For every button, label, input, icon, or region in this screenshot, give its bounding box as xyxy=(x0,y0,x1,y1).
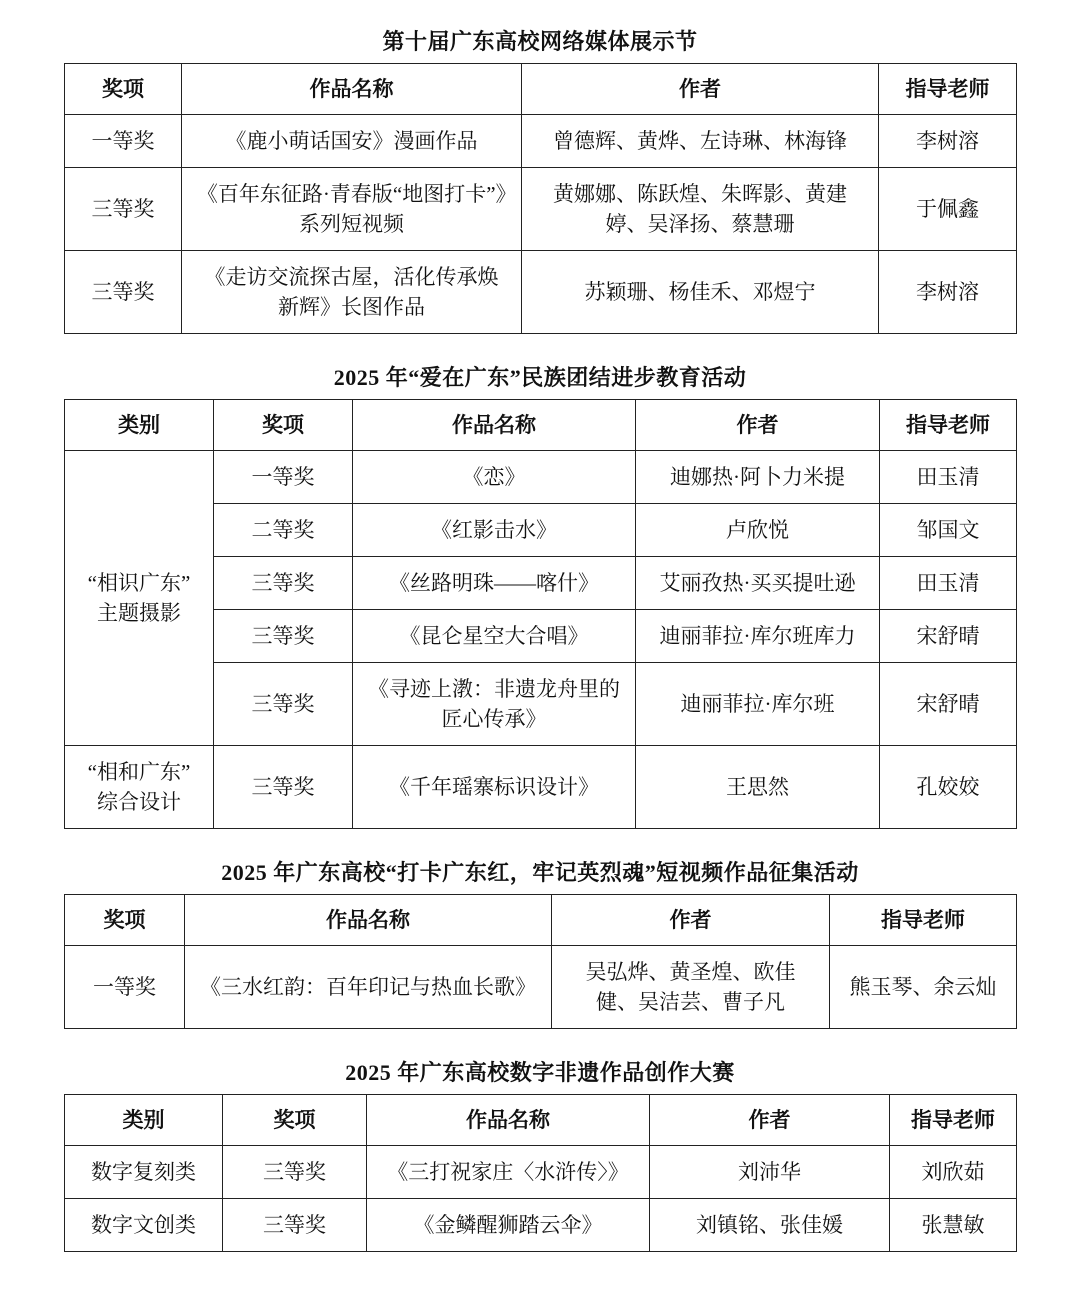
col-header-category: 类别 xyxy=(65,1095,223,1146)
section-title: 2025 年广东高校“打卡广东红，牢记英烈魂”短视频作品征集活动 xyxy=(64,859,1016,887)
col-header-work-title: 作品名称 xyxy=(367,1095,650,1146)
table-row: 数字复刻类 三等奖 《三打祝家庄〈水浒传〉》 刘沛华 刘欣茹 xyxy=(65,1146,1017,1199)
award-cell: 三等奖 xyxy=(214,663,353,746)
header-row: 类别 奖项 作品名称 作者 指导老师 xyxy=(65,1095,1017,1146)
col-header-work-title: 作品名称 xyxy=(353,400,636,451)
col-header-award: 奖项 xyxy=(65,64,182,115)
award-cell: 三等奖 xyxy=(65,168,182,251)
table-row: 三等奖 《百年东征路·青春版“地图打卡”》系列短视频 黄娜娜、陈跃煌、朱晖影、黄… xyxy=(65,168,1017,251)
teacher-cell: 宋舒晴 xyxy=(880,663,1017,746)
header-row: 奖项 作品名称 作者 指导老师 xyxy=(65,895,1017,946)
authors-cell: 黄娜娜、陈跃煌、朱晖影、黄建婷、吴泽扬、蔡慧珊 xyxy=(522,168,879,251)
awards-table-digital-heritage: 类别 奖项 作品名称 作者 指导老师 数字复刻类 三等奖 《三打祝家庄〈水浒传〉… xyxy=(64,1094,1017,1252)
teacher-cell: 宋舒晴 xyxy=(880,610,1017,663)
table-row: 数字文创类 三等奖 《金鳞醒狮踏云伞》 刘镇铭、张佳媛 张慧敏 xyxy=(65,1199,1017,1252)
category-cell: “相和广东” 综合设计 xyxy=(65,746,214,829)
header-row: 奖项 作品名称 作者 指导老师 xyxy=(65,64,1017,115)
award-cell: 三等奖 xyxy=(223,1146,367,1199)
authors-cell: 曾德辉、黄烨、左诗琳、林海锋 xyxy=(522,115,879,168)
work-title-cell: 《千年瑶寨标识设计》 xyxy=(353,746,636,829)
work-title-cell: 《鹿小萌话国安》漫画作品 xyxy=(182,115,522,168)
col-header-teacher: 指导老师 xyxy=(890,1095,1017,1146)
award-cell: 三等奖 xyxy=(214,557,353,610)
work-title-cell: 《丝路明珠——喀什》 xyxy=(353,557,636,610)
col-header-teacher: 指导老师 xyxy=(880,400,1017,451)
authors-cell: 刘镇铭、张佳媛 xyxy=(650,1199,890,1252)
work-title-cell: 《昆仑星空大合唱》 xyxy=(353,610,636,663)
col-header-teacher: 指导老师 xyxy=(879,64,1017,115)
col-header-work-title: 作品名称 xyxy=(182,64,522,115)
award-cell: 三等奖 xyxy=(214,610,353,663)
work-title-cell: 《三打祝家庄〈水浒传〉》 xyxy=(367,1146,650,1199)
teacher-cell: 田玉清 xyxy=(880,451,1017,504)
category-cell: 数字复刻类 xyxy=(65,1146,223,1199)
table-row: “相识广东” 主题摄影 一等奖 《恋》 迪娜热·阿卜力米提 田玉清 xyxy=(65,451,1017,504)
awards-table-media-festival: 奖项 作品名称 作者 指导老师 一等奖 《鹿小萌话国安》漫画作品 曾德辉、黄烨、… xyxy=(64,63,1017,334)
work-title-cell: 《三水红韵：百年印记与热血长歌》 xyxy=(185,946,552,1029)
teacher-cell: 李树溶 xyxy=(879,115,1017,168)
category-cell: 数字文创类 xyxy=(65,1199,223,1252)
teacher-cell: 刘欣茹 xyxy=(890,1146,1017,1199)
work-title-cell: 《红影击水》 xyxy=(353,504,636,557)
col-header-award: 奖项 xyxy=(65,895,185,946)
work-title-cell: 《百年东征路·青春版“地图打卡”》系列短视频 xyxy=(182,168,522,251)
section-short-video-collection: 2025 年广东高校“打卡广东红，牢记英烈魂”短视频作品征集活动 奖项 作品名称… xyxy=(64,859,1016,1029)
award-cell: 一等奖 xyxy=(214,451,353,504)
col-header-authors: 作者 xyxy=(552,895,830,946)
authors-cell: 迪丽菲拉·库尔班库力 xyxy=(636,610,880,663)
section-ethnic-unity-activity: 2025 年“爱在广东”民族团结进步教育活动 类别 奖项 作品名称 作者 指导老… xyxy=(64,364,1016,829)
work-title-cell: 《寻迹上漖：非遗龙舟里的匠心传承》 xyxy=(353,663,636,746)
teacher-cell: 张慧敏 xyxy=(890,1199,1017,1252)
teacher-cell: 熊玉琴、余云灿 xyxy=(830,946,1017,1029)
page-content: 第十届广东高校网络媒体展示节 奖项 作品名称 作者 指导老师 一等奖 《鹿小萌话… xyxy=(64,0,1016,1292)
section-title: 2025 年“爱在广东”民族团结进步教育活动 xyxy=(64,364,1016,392)
section-title: 2025 年广东高校数字非遗作品创作大赛 xyxy=(64,1059,1016,1087)
award-cell: 一等奖 xyxy=(65,946,185,1029)
teacher-cell: 邹国文 xyxy=(880,504,1017,557)
section-media-festival: 第十届广东高校网络媒体展示节 奖项 作品名称 作者 指导老师 一等奖 《鹿小萌话… xyxy=(64,28,1016,334)
work-title-cell: 《恋》 xyxy=(353,451,636,504)
col-header-award: 奖项 xyxy=(214,400,353,451)
authors-cell: 卢欣悦 xyxy=(636,504,880,557)
awards-table-ethnic-unity: 类别 奖项 作品名称 作者 指导老师 “相识广东” 主题摄影 一等奖 《恋》 迪… xyxy=(64,399,1017,829)
authors-cell: 王思然 xyxy=(636,746,880,829)
col-header-authors: 作者 xyxy=(650,1095,890,1146)
col-header-work-title: 作品名称 xyxy=(185,895,552,946)
authors-cell: 苏颖珊、杨佳禾、邓煜宁 xyxy=(522,251,879,334)
award-cell: 一等奖 xyxy=(65,115,182,168)
col-header-authors: 作者 xyxy=(522,64,879,115)
work-title-cell: 《走访交流探古屋，活化传承焕新辉》长图作品 xyxy=(182,251,522,334)
col-header-award: 奖项 xyxy=(223,1095,367,1146)
award-cell: 三等奖 xyxy=(65,251,182,334)
teacher-cell: 李树溶 xyxy=(879,251,1017,334)
authors-cell: 艾丽孜热·买买提吐逊 xyxy=(636,557,880,610)
col-header-teacher: 指导老师 xyxy=(830,895,1017,946)
section-title: 第十届广东高校网络媒体展示节 xyxy=(64,28,1016,56)
award-cell: 三等奖 xyxy=(223,1199,367,1252)
document-page: { "colors": { "background": "#ffffff", "… xyxy=(0,0,1080,1292)
category-cell: “相识广东” 主题摄影 xyxy=(65,451,214,746)
authors-cell: 刘沛华 xyxy=(650,1146,890,1199)
awards-table-short-video: 奖项 作品名称 作者 指导老师 一等奖 《三水红韵：百年印记与热血长歌》 吴弘烨… xyxy=(64,894,1017,1029)
header-row: 类别 奖项 作品名称 作者 指导老师 xyxy=(65,400,1017,451)
table-row: “相和广东” 综合设计 三等奖 《千年瑶寨标识设计》 王思然 孔姣姣 xyxy=(65,746,1017,829)
table-row: 一等奖 《三水红韵：百年印记与热血长歌》 吴弘烨、黄圣煌、欧佳健、吴洁芸、曹子凡… xyxy=(65,946,1017,1029)
section-digital-heritage-contest: 2025 年广东高校数字非遗作品创作大赛 类别 奖项 作品名称 作者 指导老师 … xyxy=(64,1059,1016,1252)
award-cell: 三等奖 xyxy=(214,746,353,829)
table-row: 三等奖 《走访交流探古屋，活化传承焕新辉》长图作品 苏颖珊、杨佳禾、邓煜宁 李树… xyxy=(65,251,1017,334)
teacher-cell: 孔姣姣 xyxy=(880,746,1017,829)
teacher-cell: 田玉清 xyxy=(880,557,1017,610)
teacher-cell: 于佩鑫 xyxy=(879,168,1017,251)
work-title-cell: 《金鳞醒狮踏云伞》 xyxy=(367,1199,650,1252)
authors-cell: 迪丽菲拉·库尔班 xyxy=(636,663,880,746)
table-row: 一等奖 《鹿小萌话国安》漫画作品 曾德辉、黄烨、左诗琳、林海锋 李树溶 xyxy=(65,115,1017,168)
award-cell: 二等奖 xyxy=(214,504,353,557)
authors-cell: 迪娜热·阿卜力米提 xyxy=(636,451,880,504)
col-header-category: 类别 xyxy=(65,400,214,451)
authors-cell: 吴弘烨、黄圣煌、欧佳健、吴洁芸、曹子凡 xyxy=(552,946,830,1029)
col-header-authors: 作者 xyxy=(636,400,880,451)
